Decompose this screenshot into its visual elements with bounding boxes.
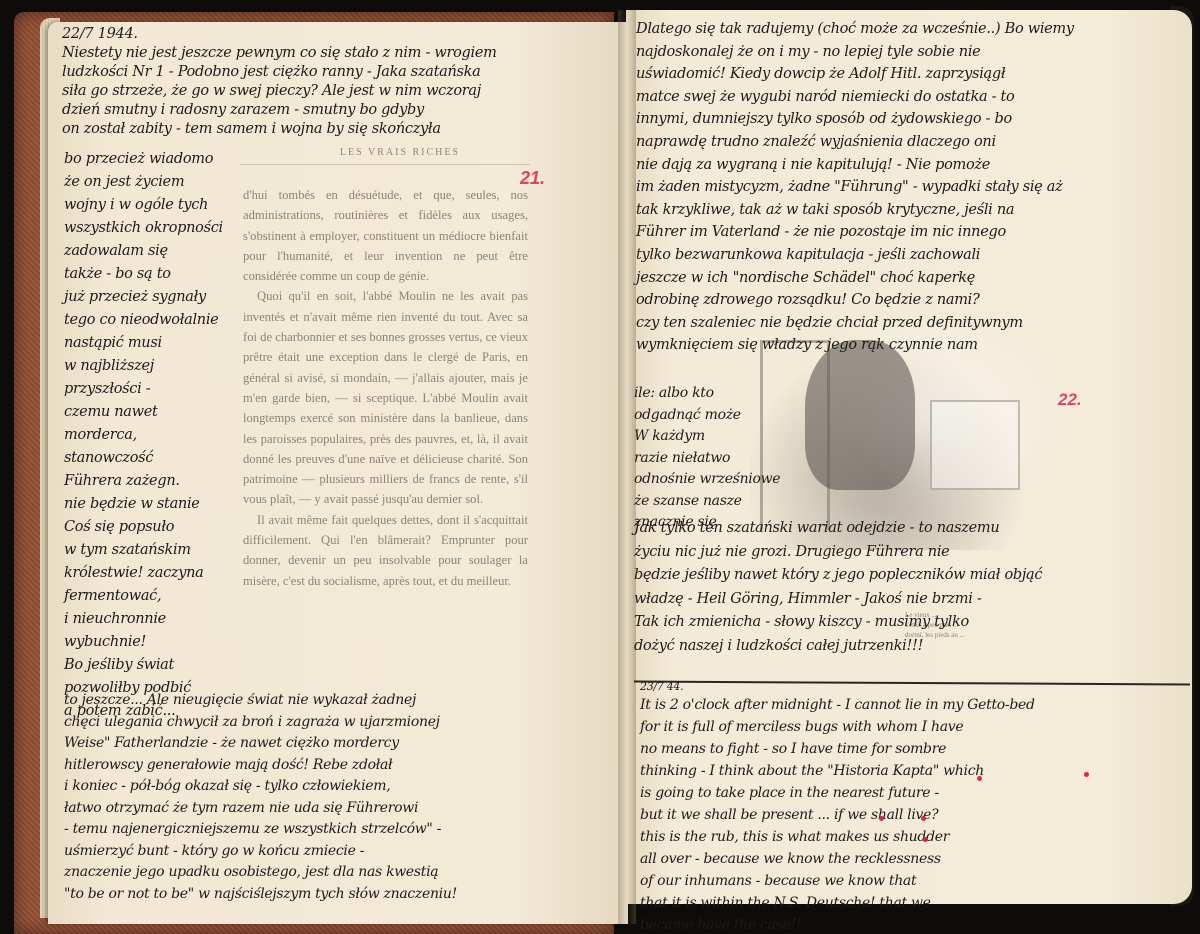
handwritten-line: naprawdę trudno znaleźć wyjaśnienia dlac… xyxy=(636,131,1074,154)
diary-right-margin-column: ile: albo kto odgadnąć może W każdym raz… xyxy=(634,383,780,534)
handwritten-line: odnośnie wrześniowe xyxy=(634,469,780,491)
entry-date: 22/7 1944. xyxy=(62,25,497,44)
handwritten-line: dożyć naszej i ludzkości całej jutrzenki… xyxy=(634,635,1042,659)
red-mark xyxy=(921,816,926,821)
handwritten-line: It is 2 o'clock after midnight - I canno… xyxy=(640,694,1035,716)
red-mark xyxy=(977,776,982,781)
handwritten-line: but it we shall be present ... if we sha… xyxy=(640,804,1035,826)
handwritten-line: czy ten szaleniec nie będzie chciał prze… xyxy=(636,312,1074,335)
header-rule xyxy=(240,164,530,165)
handwritten-line: is going to take place in the nearest fu… xyxy=(640,782,1035,804)
diary-right-lower-block: Jak tylko ten szatański wariat odejdzie … xyxy=(634,517,1042,658)
handwritten-line: Jak tylko ten szatański wariat odejdzie … xyxy=(634,517,1042,541)
running-head: LES VRAIS RICHES xyxy=(300,147,500,158)
handwritten-line: że szanse nasze xyxy=(634,491,780,513)
handwritten-line: uśmierzyć bunt - który go w końcu zmieci… xyxy=(64,841,457,863)
handwritten-line: odgadnąć może xyxy=(634,405,780,427)
handwritten-line: - temu najenergiczniejszemu ze wszystkic… xyxy=(64,819,457,841)
handwritten-line: że on jest życiem xyxy=(64,171,223,194)
handwritten-line: "to be or not to be" w najściślejszym ty… xyxy=(64,884,457,906)
handwritten-line: będzie jeśliby nawet który z jego poplec… xyxy=(634,564,1042,588)
handwritten-line: ludzkości Nr 1 - Podobno jest ciężko ran… xyxy=(62,63,497,82)
handwritten-line: już przecież sygnały xyxy=(64,286,223,309)
handwritten-line: wszystkich okropności xyxy=(64,217,223,240)
handwritten-line: dzień smutny i radosny zarazem - smutny … xyxy=(62,101,497,120)
handwritten-line: Führer im Vaterland - że nie pozostaje i… xyxy=(636,221,1074,244)
handwritten-line: for it is full of merciless bugs with wh… xyxy=(640,716,1035,738)
handwritten-line: ile: albo kto xyxy=(634,383,780,405)
handwritten-line: im żaden mistycyzm, żadne "Führung" - wy… xyxy=(636,176,1074,199)
handwritten-line: of our inhumans - because we know that xyxy=(640,870,1035,892)
diary-left-bottom-block: to jeszcze... Ale nieugięcie świat nie w… xyxy=(64,690,457,905)
printed-paragraph: d'hui tombés en désuétude, et que, seule… xyxy=(243,185,528,286)
printed-text-block: d'hui tombés en désuétude, et que, seule… xyxy=(243,185,528,591)
handwritten-line: zadowalam się xyxy=(64,240,223,263)
handwritten-line: this is the rub, this is what makes us s… xyxy=(640,826,1035,848)
handwritten-line: wojny i w ogóle tych xyxy=(64,194,223,217)
handwritten-line: jeszcze w ich "nordische Schädel" choć k… xyxy=(636,267,1074,290)
handwritten-line: wybuchnie! xyxy=(64,631,223,654)
printed-paragraph: Quoi qu'il en soit, l'abbé Moulin ne les… xyxy=(243,286,528,509)
handwritten-line: that it is within the N.S. Deutsche! tha… xyxy=(640,892,1035,914)
handwritten-line: siła go strzeże, że go w swej pieczy? Al… xyxy=(62,82,497,101)
handwritten-line: matce swej że wygubi naród niemiecki do … xyxy=(636,86,1074,109)
handwritten-line: w najbliższej xyxy=(64,355,223,378)
entry-date: 23/7 44. xyxy=(640,680,1035,694)
handwritten-line: Tak ich zmienicha - słowy kiszcy - musim… xyxy=(634,611,1042,635)
handwritten-line: nie będzie w stanie xyxy=(64,493,223,516)
handwritten-line: hitlerowscy generałowie mają dość! Rebe … xyxy=(64,755,457,777)
handwritten-line: królestwie! zaczyna xyxy=(64,562,223,585)
handwritten-line: on został zabity - tem samem i wojna by … xyxy=(62,120,497,139)
handwritten-line: Dlatego się tak radujemy (choć może za w… xyxy=(636,18,1074,41)
handwritten-line: czemu nawet xyxy=(64,401,223,424)
handwritten-line: became have the case!! xyxy=(640,914,1035,934)
handwritten-line: najdoskonalej że on i my - no lepiej tyl… xyxy=(636,41,1074,64)
diary-entry-2: 23/7 44. It is 2 o'clock after midnight … xyxy=(640,680,1035,934)
handwritten-line: fermentować, xyxy=(64,585,223,608)
diary-entry-1-header: 22/7 1944. Niestety nie jest jeszcze pew… xyxy=(62,25,497,139)
handwritten-line: w tym szatańskim xyxy=(64,539,223,562)
handwritten-line: all over - because we know the recklessn… xyxy=(640,848,1035,870)
handwritten-line: Weise" Fatherlandzie - że nawet ciężko m… xyxy=(64,733,457,755)
handwritten-line: W każdym xyxy=(634,426,780,448)
handwritten-line: życiu nic już nie grozi. Drugiego Führer… xyxy=(634,541,1042,565)
handwritten-line: władzę - Heil Göring, Himmler - Jakoś ni… xyxy=(634,588,1042,612)
red-mark xyxy=(1084,772,1089,777)
handwritten-line: odrobinę zdrowego rozsądku! Co będzie z … xyxy=(636,289,1074,312)
handwritten-line: Führera zażegn. xyxy=(64,470,223,493)
handwritten-line: wymknięciem się władzy z jego rąk czynni… xyxy=(636,334,1074,357)
page-number-left: 21. xyxy=(520,168,545,189)
handwritten-line: tylko bezwarunkowa kapitulacja - jeśli z… xyxy=(636,244,1074,267)
handwritten-line: razie niełatwo xyxy=(634,448,780,470)
handwritten-line: także - bo są to xyxy=(64,263,223,286)
handwritten-line: Niestety nie jest jeszcze pewnym co się … xyxy=(62,44,497,63)
handwritten-line: Coś się popsuło xyxy=(64,516,223,539)
handwritten-line: tak krzykliwe, tak aż w taki sposób kryt… xyxy=(636,199,1074,222)
handwritten-line: chęci ulegania chwycił za broń i zagraża… xyxy=(64,712,457,734)
handwritten-line: tego co nieodwołalnie xyxy=(64,309,223,332)
handwritten-line: stanowczość xyxy=(64,447,223,470)
handwritten-line: to jeszcze... Ale nieugięcie świat nie w… xyxy=(64,690,457,712)
fireplace-drawing xyxy=(930,400,1020,490)
handwritten-line: bo przecież wiadomo xyxy=(64,148,223,171)
diary-left-margin-column: bo przecież wiadomo że on jest życiem wo… xyxy=(64,148,223,723)
handwritten-line: przyszłości - xyxy=(64,378,223,401)
handwritten-line: i nieuchronnie xyxy=(64,608,223,631)
handwritten-line: i koniec - pół-bóg okazał się - tylko cz… xyxy=(64,776,457,798)
handwritten-line: łatwo otrzymać że tym razem nie uda się … xyxy=(64,798,457,820)
handwritten-line: nie dają za wygraną i nie kapitulują! - … xyxy=(636,154,1074,177)
red-mark xyxy=(923,837,928,842)
handwritten-line: thinking - I think about the "Historia K… xyxy=(640,760,1035,782)
handwritten-line: nastąpić musi xyxy=(64,332,223,355)
diary-right-top-block: Dlatego się tak radujemy (choć może za w… xyxy=(636,18,1074,357)
handwritten-line: morderca, xyxy=(64,424,223,447)
handwritten-line: innymi, dumniejszy tylko sposób od żydow… xyxy=(636,108,1074,131)
seated-priest-drawing xyxy=(805,340,915,490)
handwritten-line: Bo jeśliby świat xyxy=(64,654,223,677)
handwritten-line: no means to fight - so I have time for s… xyxy=(640,738,1035,760)
printed-paragraph: Il avait même fait quelques dettes, dont… xyxy=(243,510,528,591)
red-mark xyxy=(879,816,884,821)
handwritten-line: uświadomić! Kiedy dowcip że Adolf Hitl. … xyxy=(636,63,1074,86)
handwritten-line: znaczenie jego upadku osobistego, jest d… xyxy=(64,862,457,884)
page-number-right: 22. xyxy=(1058,390,1082,410)
